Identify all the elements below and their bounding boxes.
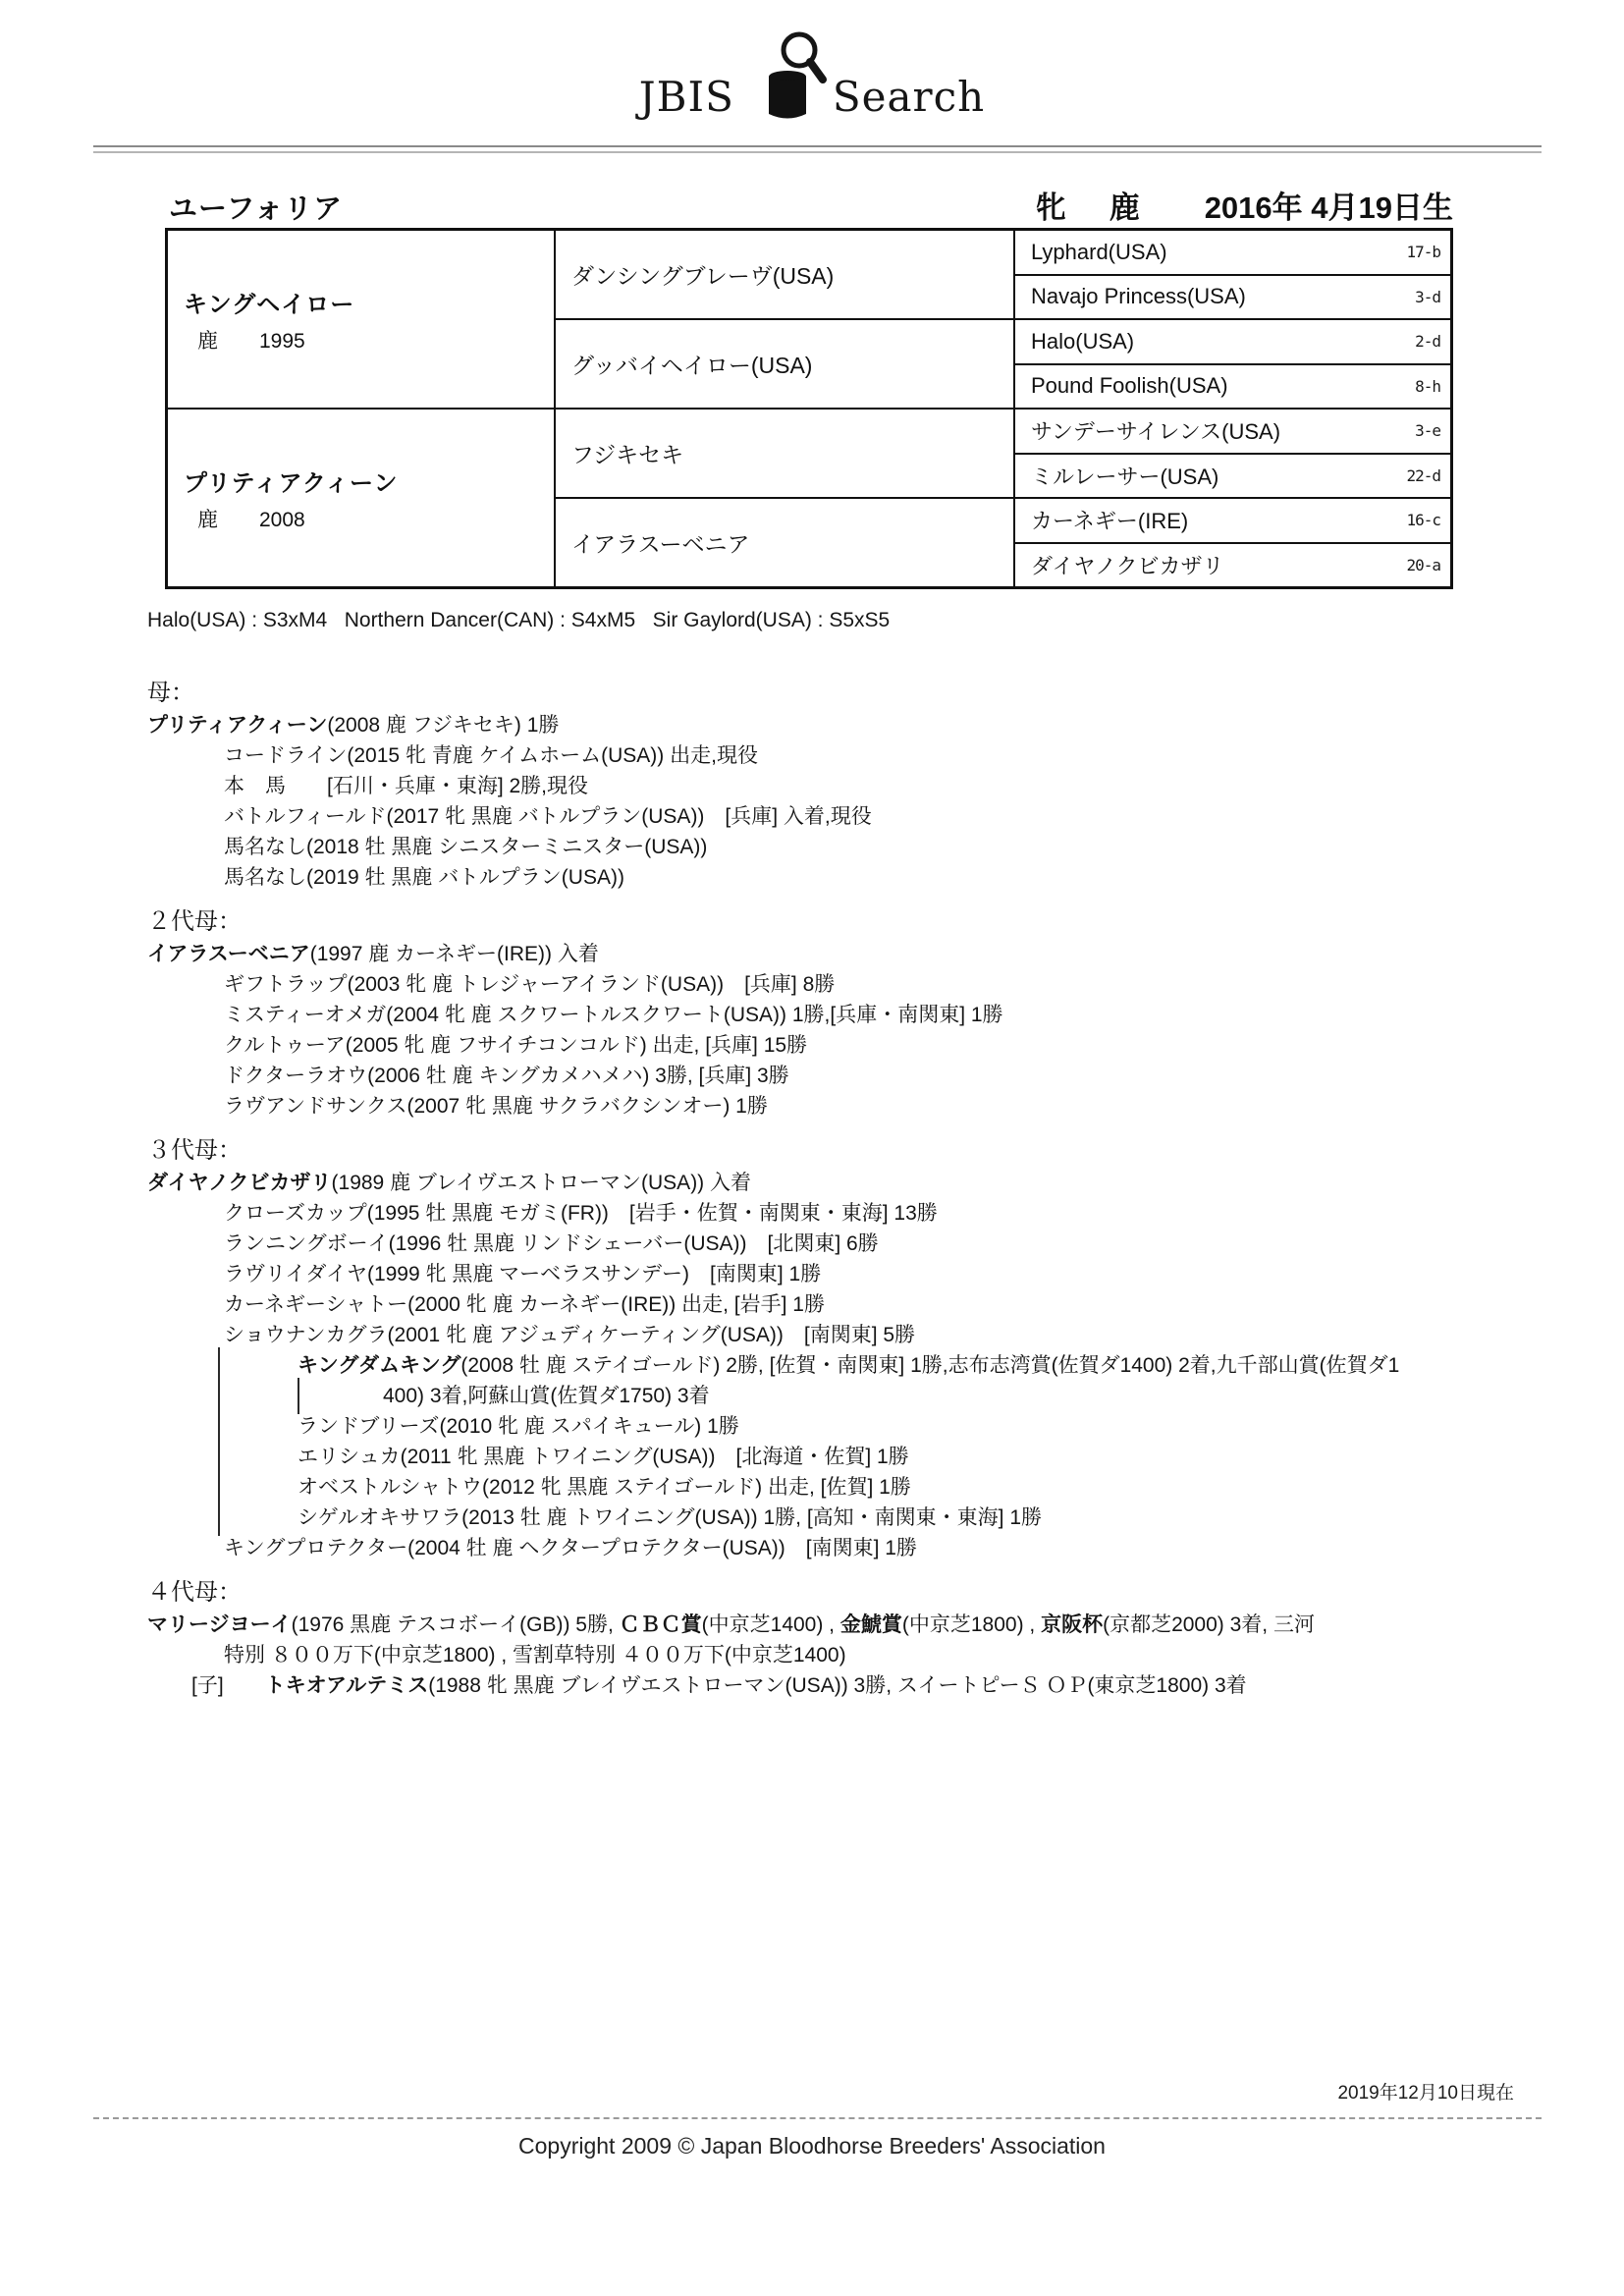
pedigree-sections: 母：プリティアクィーン(2008 鹿 フジキセキ) 1勝コードライン(2015 … [0, 664, 1624, 1701]
pedigree-text: (2008 牡 鹿 ステイゴールド) 2勝, [佐賀・南関東] 1勝,志布志湾賞… [460, 1354, 1399, 1377]
horse-name-bold: マリージヨーイ [147, 1613, 292, 1636]
pedigree-line: [子] トキオアルテミス(1988 牝 黒鹿 ブレイヴエストローマン(USA))… [191, 1670, 1624, 1701]
pedigree-line: ドクターラオウ(2006 牡 鹿 キングカメハメハ) 3勝, [兵庫] 3勝 [224, 1061, 1624, 1091]
pedigree-text: ランドブリーズ(2010 牝 鹿 スパイキュール) 1勝 [298, 1415, 739, 1438]
pedigree-report-page: JBIS ♞ Search ユーフォリア 牝 鹿 2016年 4月19日生 キン… [0, 0, 1624, 2296]
dam-name: プリティアクィーン [184, 464, 554, 498]
horse-coat: 鹿 [1110, 183, 1140, 227]
sire-grandparents-column: ダンシングブレーヴ(USA) グッバイヘイロー(USA) [556, 231, 1015, 408]
title-row: ユーフォリア 牝 鹿 2016年 4月19日生 [169, 183, 1453, 227]
pedigree-cell: Halo(USA) 2-d [1015, 318, 1450, 363]
pedigree-text: コードライン(2015 牝 青鹿 ケイムホーム(USA)) 出走,現役 [224, 744, 758, 767]
pedigree-line: ダイヤノクビカザリ(1989 鹿 ブレイヴエストローマン(USA)) 入着 [147, 1168, 1624, 1198]
family-number: 16-c [1406, 511, 1440, 529]
pedigree-cell: Navajo Princess(USA) 3-d [1015, 274, 1450, 319]
as-of-date: 2019年12月10日現在 [1337, 2078, 1514, 2105]
pedigree-line: エリシュカ(2011 牝 黒鹿 トワイニング(USA)) [北海道・佐賀] 1勝 [298, 1442, 1624, 1472]
pedigree-line: マリージヨーイ(1976 黒鹿 テスコボーイ(GB)) 5勝, ＣＢＣ賞(中京芝… [147, 1610, 1624, 1640]
horse-name: Navajo Princess(USA) [1031, 284, 1246, 309]
pedigree-text: キングプロテクター(2004 牡 鹿 ヘクタープロテクター(USA)) [南関東… [224, 1537, 917, 1559]
pedigree-line: シゲルオキサワラ(2013 牡 鹿 トワイニング(USA)) 1勝, [高知・南… [298, 1503, 1624, 1533]
family-number: 20-a [1406, 556, 1440, 574]
pedigree-text: ショウナンカグラ(2001 牝 鹿 アジュディケーティング(USA)) [南関東… [224, 1324, 915, 1346]
horse-name: Pound Foolish(USA) [1031, 373, 1228, 399]
pedigree-text: ミスティーオメガ(2004 牝 鹿 スクワートルスクワート(USA)) 1勝,[… [224, 1004, 1003, 1026]
section-heading: ２代母： [147, 905, 1624, 939]
pedigree-line: ラヴリイダイヤ(1999 牝 黒鹿 マーベラスサンデー) [南関東] 1勝 [224, 1259, 1624, 1289]
section-heading: ３代母： [147, 1134, 1624, 1168]
granddam-cell: イアラスーベニア [556, 499, 1013, 586]
pedigree-text: 馬名なし(2018 牡 黒鹿 シニスターミニスター(USA)) [224, 836, 707, 858]
pedigree-line: バトルフィールド(2017 牝 黒鹿 バトルプラン(USA)) [兵庫] 入着,… [224, 801, 1624, 832]
dam-greatgrandparents-column: サンデーサイレンス(USA) 3-e ミルレーサー(USA) 22-d カーネギ… [1015, 410, 1450, 586]
horse-name: Lyphard(USA) [1031, 240, 1167, 265]
pedigree-line: 400) 3着,阿蘇山賞(佐賀ダ1750) 3着 [383, 1381, 1624, 1411]
pedigree-line: 本 馬 [石川・兵庫・東海] 2勝,現役 [224, 771, 1624, 801]
pedigree-cell: ダイヤノクビカザリ 20-a [1015, 542, 1450, 587]
pedigree-line: ギフトラップ(2003 牝 鹿 トレジャーアイランド(USA)) [兵庫] 8勝 [224, 969, 1624, 1000]
horse-name: ダイヤノクビカザリ [1031, 550, 1223, 580]
family-number: 2-d [1415, 332, 1440, 351]
dam-coat-year: 鹿 2008 [184, 504, 554, 533]
pedigree-text: ギフトラップ(2003 牝 鹿 トレジャーアイランド(USA)) [兵庫] 8勝 [224, 973, 835, 996]
pedigree-line: カーネギーシャトー(2000 牝 鹿 カーネギー(IRE)) 出走, [岩手] … [224, 1289, 1624, 1320]
pedigree-line: ランドブリーズ(2010 牝 鹿 スパイキュール) 1勝 [298, 1411, 1624, 1442]
pedigree-cell: サンデーサイレンス(USA) 3-e [1015, 410, 1450, 453]
pedigree-text: (中京芝1400) , [702, 1613, 840, 1636]
horse-name: サンデーサイレンス(USA) [1031, 415, 1280, 446]
inbreeding-line: Halo(USA) : S3xM4 Northern Dancer(CAN) :… [147, 609, 890, 632]
sire-cell: キングヘイロー 鹿 1995 [168, 231, 556, 408]
page-title-horse-name: ユーフォリア [169, 187, 343, 227]
tree-connector-line [218, 1500, 220, 1536]
pedigree-cell: Pound Foolish(USA) 8-h [1015, 363, 1450, 409]
pedigree-line: 馬名なし(2018 牡 黒鹿 シニスターミニスター(USA)) [224, 832, 1624, 862]
pedigree-text: ランニングボーイ(1996 牡 黒鹿 リンドシェーバー(USA)) [北関東] … [224, 1232, 879, 1255]
pedigree-text: (京都芝2000) 3着, 三河 [1103, 1613, 1315, 1636]
pedigree-text: (1976 黒鹿 テスコボーイ(GB)) 5勝, [292, 1613, 620, 1636]
pedigree-text: ラヴアンドサンクス(2007 牝 黒鹿 サクラバクシンオー) 1勝 [224, 1095, 768, 1118]
horse-attributes: 牝 鹿 2016年 4月19日生 [1036, 183, 1453, 227]
pedigree-text: クローズカップ(1995 牡 黒鹿 モガミ(FR)) [岩手・佐賀・南関東・東海… [224, 1202, 938, 1225]
pedigree-text: (中京芝1800) , [902, 1613, 1041, 1636]
pedigree-text: カーネギーシャトー(2000 牝 鹿 カーネギー(IRE)) 出走, [岩手] … [224, 1293, 825, 1316]
tree-connector-line [298, 1378, 299, 1414]
pedigree-text: ドクターラオウ(2006 牡 鹿 キングカメハメハ) 3勝, [兵庫] 3勝 [224, 1065, 789, 1087]
sire-half: キングヘイロー 鹿 1995 ダンシングブレーヴ(USA) グッバイヘイロー(U… [168, 231, 1450, 410]
pedigree-text: バトルフィールド(2017 牝 黒鹿 バトルプラン(USA)) [兵庫] 入着,… [224, 805, 872, 828]
horse-name: ミルレーサー(USA) [1031, 461, 1218, 491]
pedigree-text: (1997 鹿 カーネギー(IRE)) 入着 [310, 943, 599, 965]
horse-birthdate: 2016年 4月19日生 [1205, 183, 1453, 227]
pedigree-text: 400) 3着,阿蘇山賞(佐賀ダ1750) 3着 [383, 1385, 710, 1407]
pedigree-cell: ミルレーサー(USA) 22-d [1015, 453, 1450, 498]
logo-text-jbis: JBIS [639, 77, 734, 118]
pedigree-text: (1988 牝 黒鹿 ブレイヴエストローマン(USA)) 3勝, スイートピーＳ… [428, 1674, 1246, 1697]
horse-name-bold: 京阪杯 [1041, 1613, 1103, 1636]
horse-sex: 牝 [1036, 183, 1066, 227]
pedigree-text: 馬名なし(2019 牡 黒鹿 バトルプラン(USA)) [224, 866, 624, 889]
family-number: 3-e [1415, 421, 1440, 440]
horse-name-bold: ダイヤノクビカザリ [147, 1172, 332, 1194]
sire-name: キングヘイロー [184, 285, 554, 319]
pedigree-table: キングヘイロー 鹿 1995 ダンシングブレーヴ(USA) グッバイヘイロー(U… [165, 228, 1453, 589]
dam-half: プリティアクィーン 鹿 2008 フジキセキ イアラスーベニア サンデーサイレン… [168, 410, 1450, 586]
horse-name: Halo(USA) [1031, 329, 1134, 355]
pedigree-line: コードライン(2015 牝 青鹿 ケイムホーム(USA)) 出走,現役 [224, 740, 1624, 771]
section-heading: 母： [147, 677, 1624, 710]
pedigree-line: オベストルシャトウ(2012 牝 黒鹿 ステイゴールド) 出走, [佐賀] 1勝 [298, 1472, 1624, 1503]
pedigree-text: 特別 ８００万下(中京芝1800) , 雪割草特別 ４００万下(中京芝1400) [224, 1644, 846, 1667]
horse-name-bold: トキオアルテミス [265, 1674, 429, 1697]
logo-text-search: Search [833, 77, 985, 118]
pedigree-text: (1989 鹿 ブレイヴエストローマン(USA)) 入着 [332, 1172, 751, 1194]
family-number: 8-h [1415, 377, 1440, 396]
granddam-cell: グッバイヘイロー(USA) [556, 320, 1013, 408]
horse-name-bold: 金鯱賞 [840, 1613, 902, 1636]
sire-coat-year: 鹿 1995 [184, 325, 554, 355]
pedigree-line: 特別 ８００万下(中京芝1800) , 雪割草特別 ４００万下(中京芝1400) [224, 1640, 1624, 1670]
pedigree-line: ランニングボーイ(1996 牡 黒鹿 リンドシェーバー(USA)) [北関東] … [224, 1229, 1624, 1259]
horse-name-bold: キングダムキング [298, 1354, 460, 1377]
family-number: 17-b [1406, 243, 1440, 261]
horse-name-bold: ＣＢＣ賞 [620, 1613, 702, 1636]
pedigree-text: [子] [191, 1674, 265, 1697]
horse-name: カーネギー(IRE) [1031, 505, 1188, 535]
pedigree-text: シゲルオキサワラ(2013 牡 鹿 トワイニング(USA)) 1勝, [高知・南… [298, 1506, 1042, 1529]
section-heading: ４代母： [147, 1576, 1624, 1610]
pedigree-line: 馬名なし(2019 牡 黒鹿 バトルプラン(USA)) [224, 862, 1624, 893]
pedigree-line: キングダムキング(2008 牡 鹿 ステイゴールド) 2勝, [佐賀・南関東] … [298, 1350, 1624, 1381]
grandsire-cell: フジキセキ [556, 410, 1013, 499]
pedigree-line: クルトゥーア(2005 牝 鹿 フサイチコンコルド) 出走, [兵庫] 15勝 [224, 1030, 1624, 1061]
horse-name-bold: プリティアクィーン [147, 714, 327, 737]
pedigree-text: エリシュカ(2011 牝 黒鹿 トワイニング(USA)) [北海道・佐賀] 1勝 [298, 1446, 909, 1468]
dam-cell: プリティアクィーン 鹿 2008 [168, 410, 556, 586]
pedigree-line: プリティアクィーン(2008 鹿 フジキセキ) 1勝 [147, 710, 1624, 740]
pedigree-line: キングプロテクター(2004 牡 鹿 ヘクタープロテクター(USA)) [南関東… [224, 1533, 1624, 1563]
svg-text:♞: ♞ [740, 28, 744, 82]
horse-magnifier-icon: ♞ [740, 26, 831, 124]
pedigree-line: ミスティーオメガ(2004 牝 鹿 スクワートルスクワート(USA)) 1勝,[… [224, 1000, 1624, 1030]
header-divider [93, 145, 1542, 153]
pedigree-line: クローズカップ(1995 牡 黒鹿 モガミ(FR)) [岩手・佐賀・南関東・東海… [224, 1198, 1624, 1229]
pedigree-line: ショウナンカグラ(2001 牝 鹿 アジュディケーティング(USA)) [南関東… [224, 1320, 1624, 1350]
pedigree-text: 本 馬 [石川・兵庫・東海] 2勝,現役 [224, 775, 588, 797]
pedigree-text: ラヴリイダイヤ(1999 牝 黒鹿 マーベラスサンデー) [南関東] 1勝 [224, 1263, 821, 1285]
horse-name-bold: イアラスーベニア [147, 943, 310, 965]
copyright-text: Copyright 2009 © Japan Bloodhorse Breede… [0, 2133, 1624, 2159]
jbis-search-logo: JBIS ♞ Search [0, 26, 1624, 118]
family-number: 22-d [1406, 466, 1440, 485]
pedigree-text: オベストルシャトウ(2012 牝 黒鹿 ステイゴールド) 出走, [佐賀] 1勝 [298, 1476, 911, 1499]
pedigree-cell: カーネギー(IRE) 16-c [1015, 497, 1450, 542]
pedigree-cell: Lyphard(USA) 17-b [1015, 231, 1450, 274]
sire-greatgrandparents-column: Lyphard(USA) 17-b Navajo Princess(USA) 3… [1015, 231, 1450, 408]
grandsire-cell: ダンシングブレーヴ(USA) [556, 231, 1013, 320]
pedigree-text: クルトゥーア(2005 牝 鹿 フサイチコンコルド) 出走, [兵庫] 15勝 [224, 1034, 807, 1057]
dam-grandparents-column: フジキセキ イアラスーベニア [556, 410, 1015, 586]
family-number: 3-d [1415, 288, 1440, 306]
pedigree-line: イアラスーベニア(1997 鹿 カーネギー(IRE)) 入着 [147, 939, 1624, 969]
footer-divider [93, 2117, 1542, 2119]
pedigree-line: ラヴアンドサンクス(2007 牝 黒鹿 サクラバクシンオー) 1勝 [224, 1091, 1624, 1121]
pedigree-text: (2008 鹿 フジキセキ) 1勝 [327, 714, 559, 737]
